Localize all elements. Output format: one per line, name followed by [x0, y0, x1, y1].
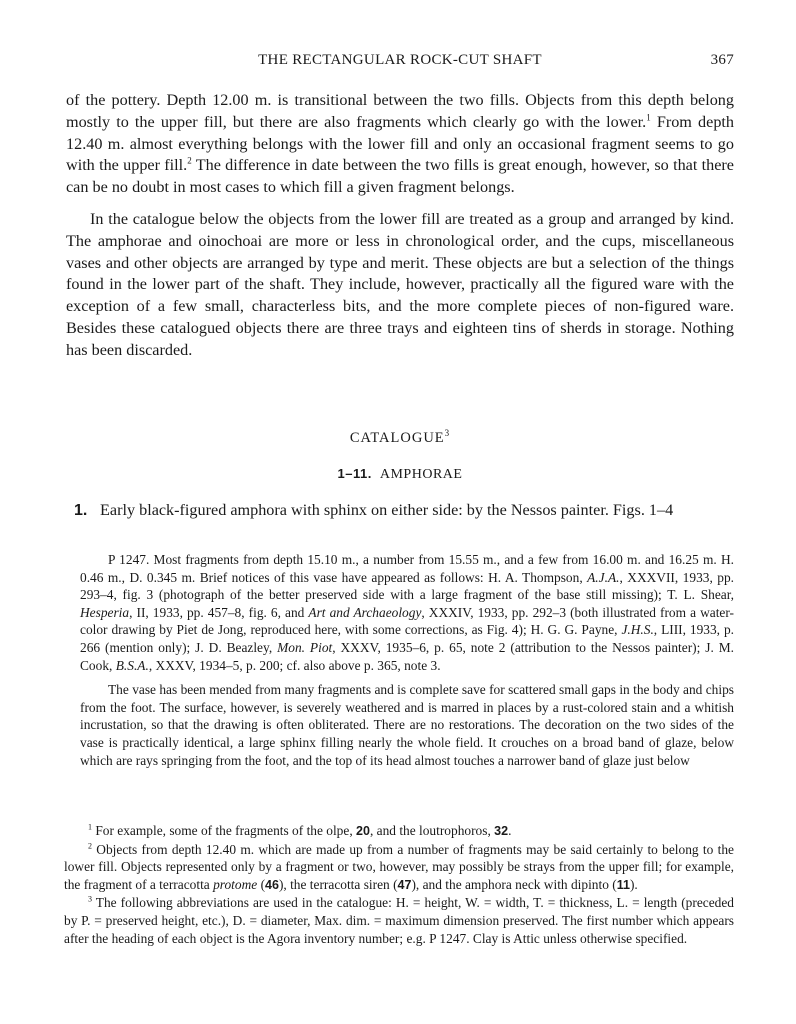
paragraph-2: In the catalogue below the objects from … [66, 209, 734, 362]
footnote-ref-3[interactable]: 3 [445, 428, 451, 438]
document-page: THE RECTANGULAR ROCK-CUT SHAFT 367 of th… [0, 0, 796, 1024]
footnote-3: 3 The following abbreviations are used i… [64, 894, 734, 947]
page-number: 367 [711, 52, 734, 69]
footnote-2: 2 Objects from depth 12.40 m. which are … [64, 841, 734, 895]
footnote-1: 1 For example, some of the fragments of … [64, 822, 734, 841]
entry-number: 1. [74, 500, 87, 522]
catalogue-heading: CATALOGUE3 [66, 430, 734, 447]
entry-description: The vase has been mended from many fragm… [80, 681, 734, 769]
footnotes: 1 For example, some of the fragments of … [64, 822, 734, 947]
catalogue-entry: 1. Early black-figured amphora with sphi… [74, 500, 734, 522]
entry-body: P 1247. Most fragments from depth 15.10 … [80, 551, 734, 769]
running-title: THE RECTANGULAR ROCK-CUT SHAFT [66, 52, 734, 69]
section-title: AMPHORAE [380, 467, 463, 482]
entry-details: P 1247. Most fragments from depth 15.10 … [80, 551, 734, 674]
body-text: of the pottery. Depth 12.00 m. is transi… [66, 90, 734, 362]
entry-title: Early black-figured amphora with sphinx … [100, 500, 734, 522]
section-heading: 1–11. AMPHORAE [66, 466, 734, 483]
running-header: THE RECTANGULAR ROCK-CUT SHAFT 367 [66, 52, 734, 74]
paragraph-1: of the pottery. Depth 12.00 m. is transi… [66, 90, 734, 199]
section-number: 1–11. [338, 466, 372, 481]
